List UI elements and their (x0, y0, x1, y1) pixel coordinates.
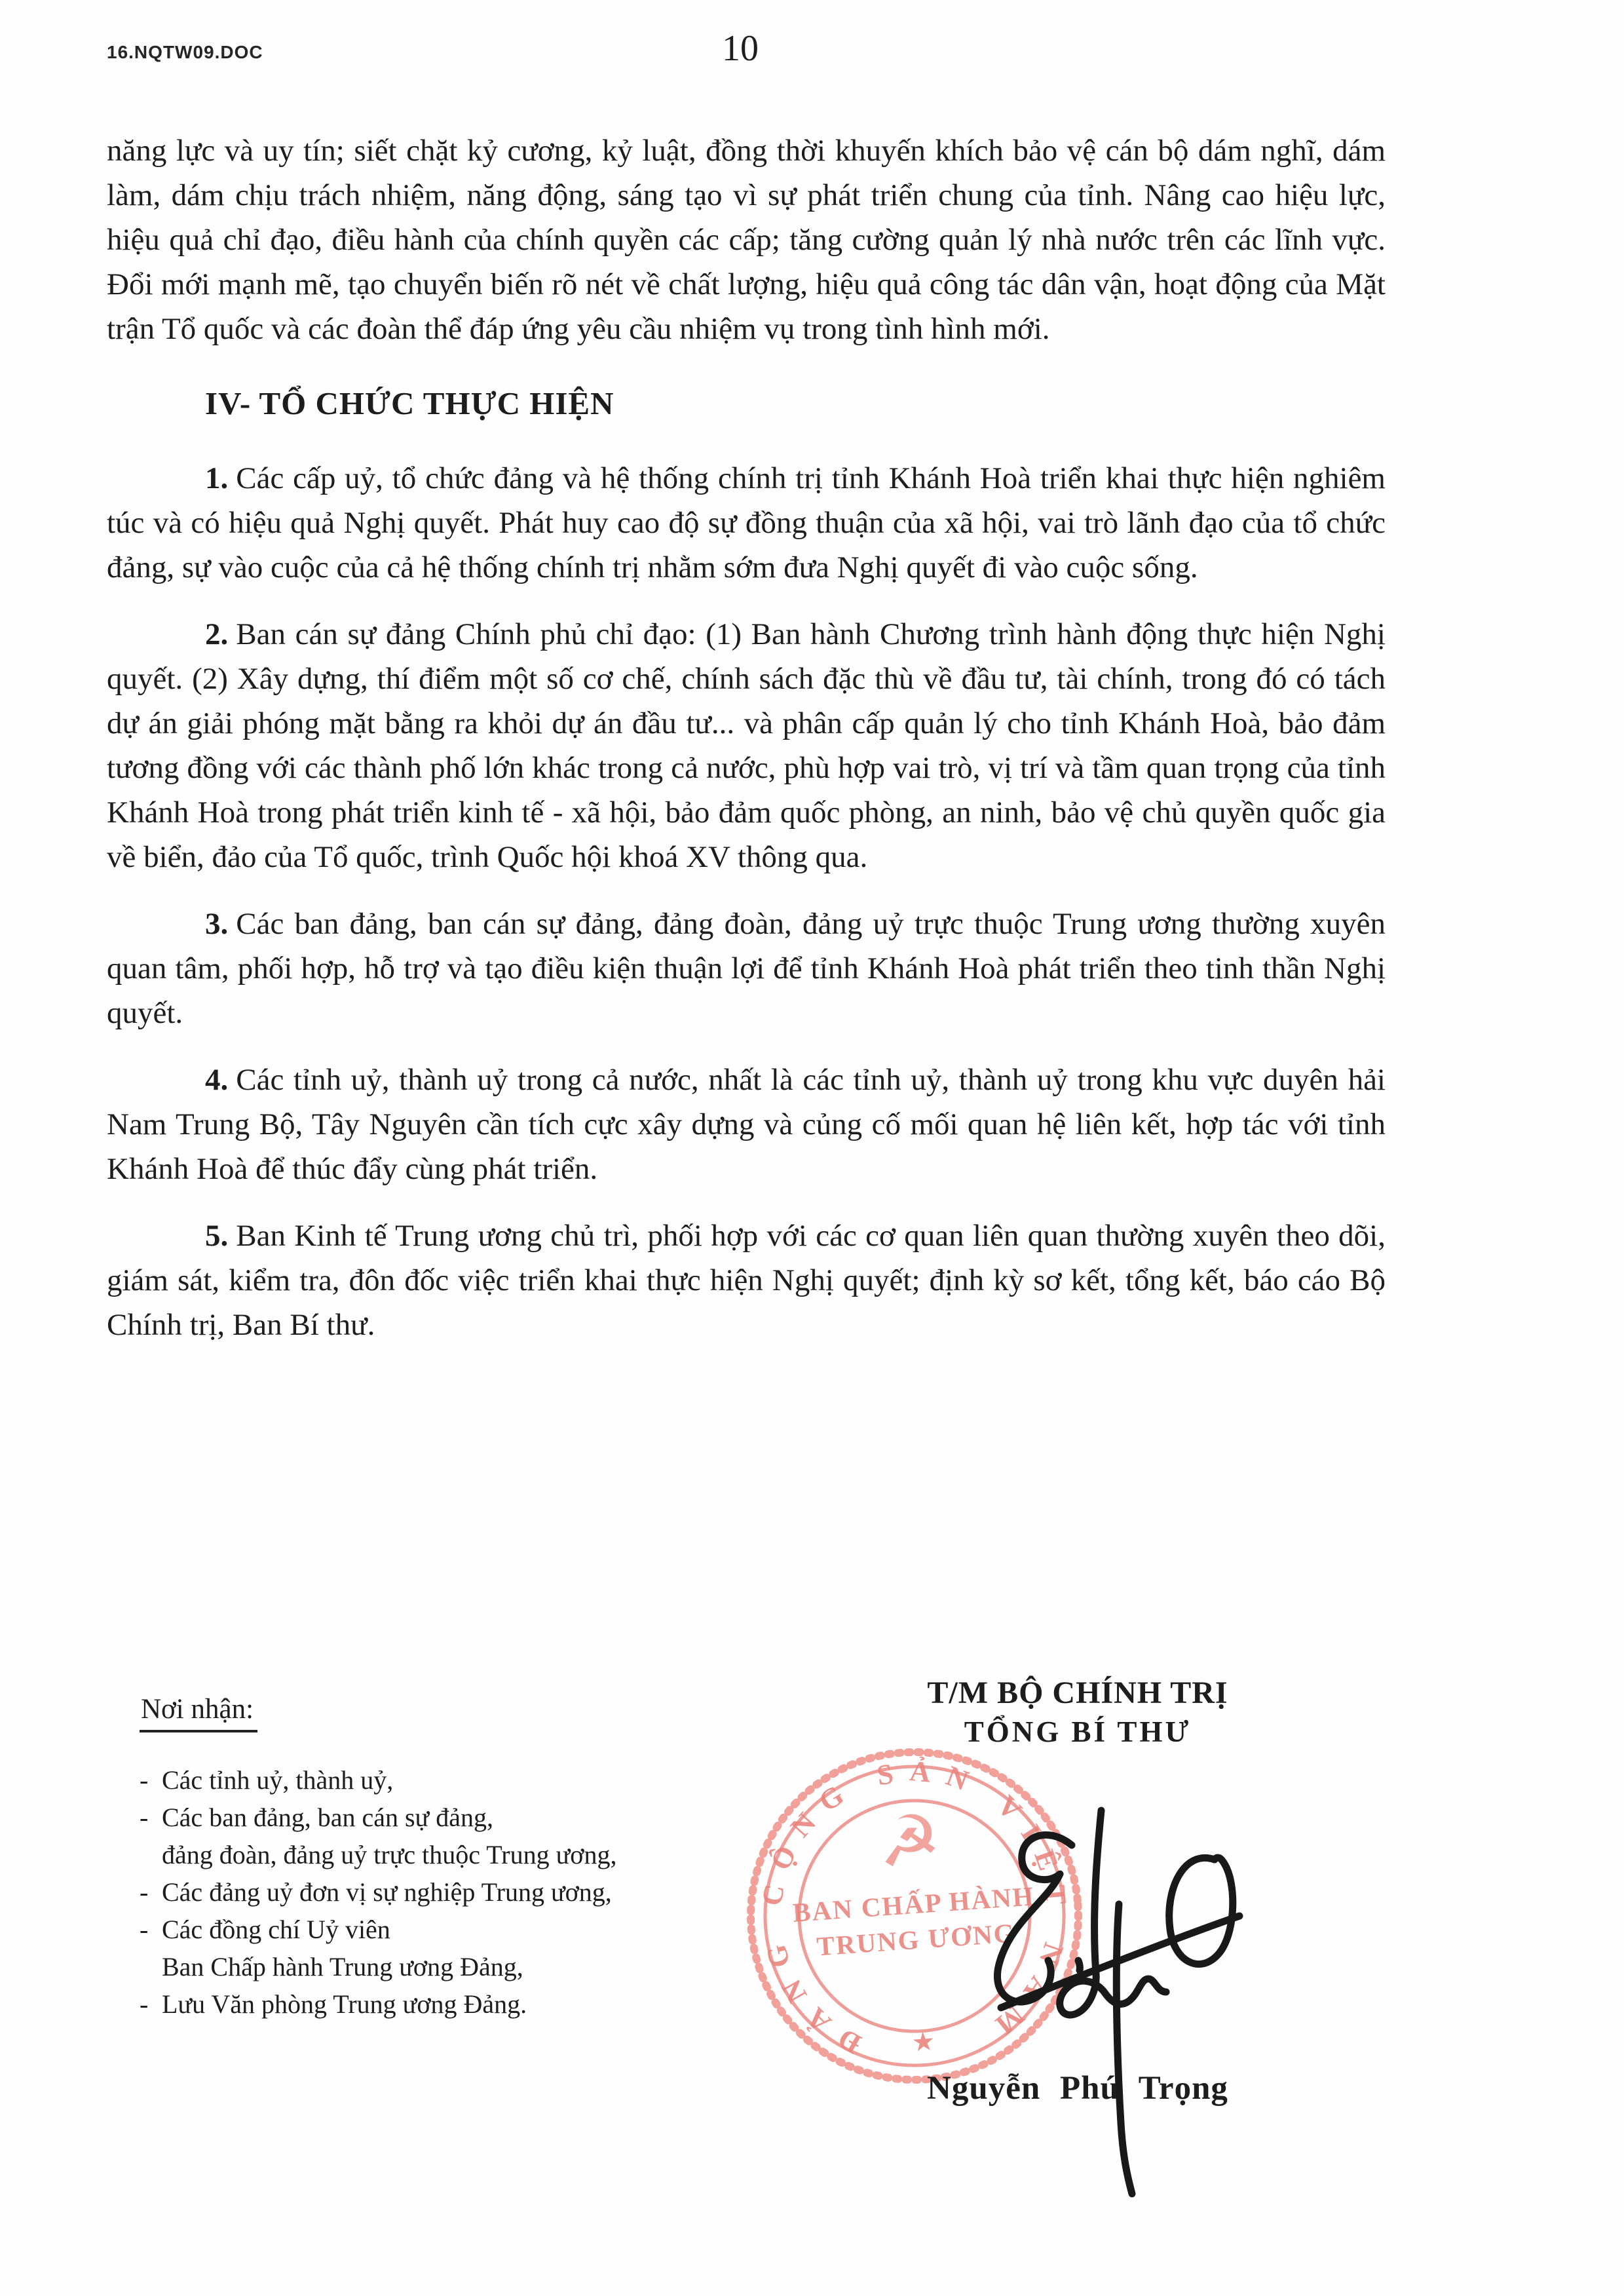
star-icon: ★ (911, 2026, 936, 2057)
signature-tail (1116, 1904, 1132, 2194)
paragraph-3-number: 3. (205, 907, 228, 941)
paragraph-4-number: 4. (205, 1063, 228, 1097)
signature-stroke (997, 1835, 1072, 2002)
page-number: 10 (694, 28, 786, 69)
signer-name: Nguyễn Phú Trọng (865, 2069, 1291, 2107)
signature-dot (1078, 1961, 1080, 1970)
on-behalf-line: T/M BỘ CHÍNH TRỊ (865, 1675, 1291, 1711)
recipients-block: Nơi nhận: -Các tỉnh uỷ, thành uỷ, -Các b… (140, 1691, 782, 2023)
paragraph-5-text: Ban Kinh tế Trung ương chủ trì, phối hợp… (107, 1219, 1386, 1342)
paragraph-1: 1.Các cấp uỷ, tổ chức đảng và hệ thống c… (107, 456, 1386, 590)
list-item: -Các đảng uỷ đơn vị sự nghiệp Trung ương… (140, 1873, 782, 1911)
document-body: năng lực và uy tín; siết chặt kỷ cương, … (107, 128, 1386, 1369)
document-code: 16.NQTW09.DOC (107, 42, 263, 63)
list-item: -Các tỉnh uỷ, thành uỷ, (140, 1761, 782, 1799)
paragraph-4: 4.Các tỉnh uỷ, thành uỷ trong cả nước, n… (107, 1058, 1386, 1191)
paragraph-1-number: 1. (205, 461, 228, 495)
document-page: 16.NQTW09.DOC 10 năng lực và uy tín; siế… (0, 0, 1624, 2296)
signer-title: TỔNG BÍ THƯ (865, 1715, 1291, 1749)
paragraph-2-number: 2. (205, 617, 228, 651)
paragraph-1-text: Các cấp uỷ, tổ chức đảng và hệ thống chí… (107, 461, 1386, 584)
paragraph-3: 3.Các ban đảng, ban cán sự đảng, đảng đo… (107, 902, 1386, 1035)
paragraph-4-text: Các tỉnh uỷ, thành uỷ trong cả nước, nhấ… (107, 1063, 1386, 1186)
signature-stroke (1169, 1858, 1233, 1964)
list-item: đảng đoàn, đảng uỷ trực thuộc Trung ương… (140, 1836, 782, 1873)
list-item: -Lưu Văn phòng Trung ương Đảng. (140, 1985, 782, 2023)
intro-paragraph: năng lực và uy tín; siết chặt kỷ cương, … (107, 128, 1386, 351)
paragraph-5-number: 5. (205, 1219, 228, 1253)
list-item: Ban Chấp hành Trung ương Đảng, (140, 1948, 782, 1985)
signature-authority-block: T/M BỘ CHÍNH TRỊ TỔNG BÍ THƯ (865, 1675, 1291, 1749)
hammer-sickle-icon: ☭ (876, 1801, 943, 1882)
paragraph-3-text: Các ban đảng, ban cán sự đảng, đảng đoàn… (107, 907, 1386, 1030)
list-item: -Các đồng chí Uỷ viên (140, 1911, 782, 1948)
paragraph-5: 5.Ban Kinh tế Trung ương chủ trì, phối h… (107, 1214, 1386, 1347)
handwritten-signature (950, 1782, 1317, 2228)
section-heading: IV- TỔ CHỨC THỰC HIỆN (205, 381, 1386, 426)
recipients-heading: Nơi nhận: (140, 1691, 257, 1732)
paragraph-2: 2.Ban cán sự đảng Chính phủ chỉ đạo: (1)… (107, 612, 1386, 879)
list-item: -Các ban đảng, ban cán sự đảng, (140, 1799, 782, 1836)
paragraph-2-text: Ban cán sự đảng Chính phủ chỉ đạo: (1) B… (107, 617, 1386, 874)
